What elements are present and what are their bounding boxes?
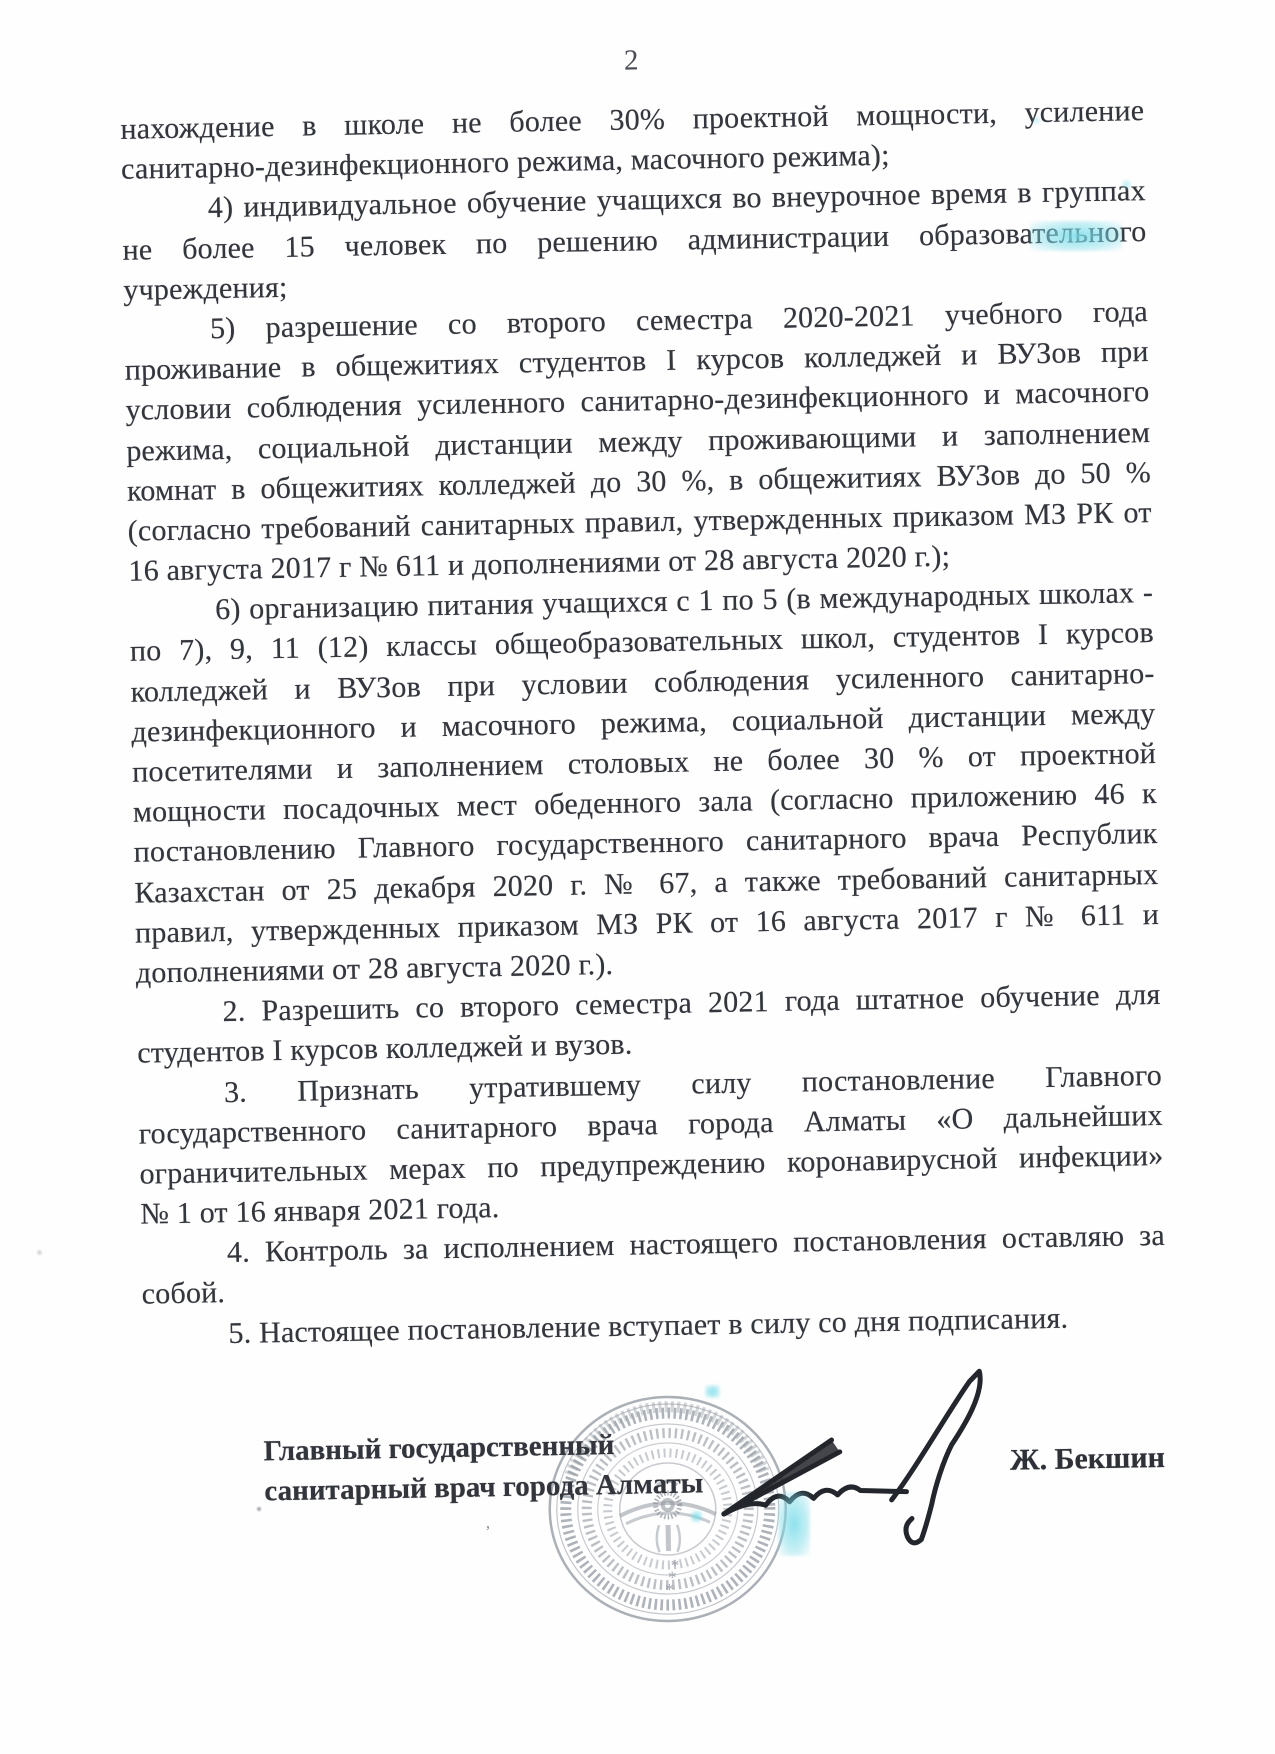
document-page: 2 нахождение в школе не более 30% проект…: [0, 0, 1275, 1754]
scanned-content: 2 нахождение в школе не более 30% проект…: [0, 0, 1275, 1754]
page-number: 2: [1, 33, 1261, 89]
seal-stars: * * *: [665, 1556, 680, 1599]
signer-title-line2: санитарный врач города Алматы: [264, 1463, 704, 1511]
svg-text:*: *: [665, 1580, 674, 1599]
signer-title: Главный государственный санитарный врач …: [263, 1423, 703, 1511]
signature-icon: [685, 1365, 998, 1556]
document-body: нахождение в школе не более 30% проектно…: [120, 91, 1167, 1355]
signer-name: Ж. Бекшин: [1010, 1441, 1166, 1478]
